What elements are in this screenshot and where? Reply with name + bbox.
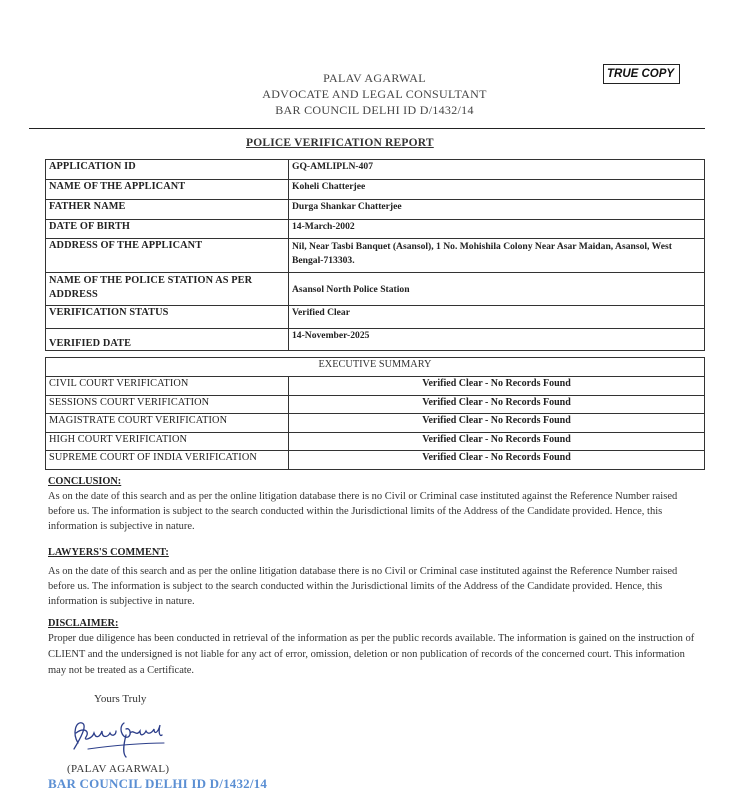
table-row: DATE OF BIRTH 14-March-2002 <box>46 220 705 239</box>
detail-value: GQ-AMLIPLN-407 <box>289 160 705 180</box>
detail-value: 14-November-2025 <box>289 329 705 351</box>
detail-value: 14-March-2002 <box>289 220 705 239</box>
detail-value: Durga Shankar Chatterjee <box>289 200 705 220</box>
detail-label: APPLICATION ID <box>46 160 289 180</box>
conclusion-body: As on the date of this search and as per… <box>48 489 708 534</box>
signatory-name: (PALAV AGARWAL) <box>67 763 169 775</box>
court-label: HIGH COURT VERIFICATION <box>46 433 289 451</box>
lawyers-comment-title: LAWYERS'S COMMENT: <box>48 546 708 560</box>
table-row: NAME OF THE POLICE STATION AS PER ADDRES… <box>46 273 705 306</box>
signature-icon <box>66 713 166 759</box>
table-row: NAME OF THE APPLICANT Koheli Chatterjee <box>46 180 705 200</box>
detail-value: Asansol North Police Station <box>289 273 705 306</box>
closing-text: Yours Truly <box>94 693 146 705</box>
bar-council-id: BAR COUNCIL DELHI ID D/1432/14 <box>2 102 745 118</box>
disclaimer-section: DISCLAIMER: Proper due diligence has bee… <box>48 617 708 679</box>
report-title: POLICE VERIFICATION REPORT <box>246 137 434 149</box>
disclaimer-title: DISCLAIMER: <box>48 617 708 631</box>
detail-label: VERIFICATION STATUS <box>46 306 289 329</box>
lawyers-comment-section: LAWYERS'S COMMENT: As on the date of thi… <box>48 546 708 609</box>
detail-label: FATHER NAME <box>46 200 289 220</box>
detail-value: Koheli Chatterjee <box>289 180 705 200</box>
applicant-details-table: APPLICATION ID GQ-AMLIPLN-407 NAME OF TH… <box>45 159 705 351</box>
court-label: SUPREME COURT OF INDIA VERIFICATION <box>46 451 289 470</box>
court-status: Verified Clear - No Records Found <box>289 377 705 396</box>
table-row: VERIFICATION STATUS Verified Clear <box>46 306 705 329</box>
table-row: HIGH COURT VERIFICATION Verified Clear -… <box>46 433 705 451</box>
conclusion-title: CONCLUSION: <box>48 475 708 489</box>
table-row: CIVIL COURT VERIFICATION Verified Clear … <box>46 377 705 396</box>
table-row: ADDRESS OF THE APPLICANT Nil, Near Tasbi… <box>46 239 705 273</box>
executive-summary-table: EXECUTIVE SUMMARY CIVIL COURT VERIFICATI… <box>45 357 705 470</box>
detail-label: NAME OF THE APPLICANT <box>46 180 289 200</box>
court-label: MAGISTRATE COURT VERIFICATION <box>46 414 289 433</box>
lawyers-comment-body: As on the date of this search and as per… <box>48 564 708 609</box>
detail-label: ADDRESS OF THE APPLICANT <box>46 239 289 273</box>
signatory-bar-id: BAR COUNCIL DELHI ID D/1432/14 <box>48 776 267 792</box>
court-status: Verified Clear - No Records Found <box>289 433 705 451</box>
header-divider <box>29 128 705 129</box>
detail-value: Verified Clear <box>289 306 705 329</box>
summary-heading-row: EXECUTIVE SUMMARY <box>46 358 705 377</box>
table-row: MAGISTRATE COURT VERIFICATION Verified C… <box>46 414 705 433</box>
table-row: VERIFIED DATE 14-November-2025 <box>46 329 705 351</box>
detail-label: NAME OF THE POLICE STATION AS PER ADDRES… <box>46 273 289 306</box>
summary-heading: EXECUTIVE SUMMARY <box>46 358 705 377</box>
court-label: SESSIONS COURT VERIFICATION <box>46 396 289 414</box>
detail-value: Nil, Near Tasbi Banquet (Asansol), 1 No.… <box>289 239 705 273</box>
table-row: SESSIONS COURT VERIFICATION Verified Cle… <box>46 396 705 414</box>
court-label: CIVIL COURT VERIFICATION <box>46 377 289 396</box>
detail-label: DATE OF BIRTH <box>46 220 289 239</box>
detail-label: VERIFIED DATE <box>46 329 289 351</box>
table-row: SUPREME COURT OF INDIA VERIFICATION Veri… <box>46 451 705 470</box>
court-status: Verified Clear - No Records Found <box>289 451 705 470</box>
disclaimer-body: Proper due diligence has been conducted … <box>48 631 708 679</box>
court-status: Verified Clear - No Records Found <box>289 414 705 433</box>
court-status: Verified Clear - No Records Found <box>289 396 705 414</box>
advocate-title: ADVOCATE AND LEGAL CONSULTANT <box>2 86 745 102</box>
true-copy-stamp: TRUE COPY <box>603 64 680 84</box>
table-row: APPLICATION ID GQ-AMLIPLN-407 <box>46 160 705 180</box>
conclusion-section: CONCLUSION: As on the date of this searc… <box>48 475 708 534</box>
table-row: FATHER NAME Durga Shankar Chatterjee <box>46 200 705 220</box>
